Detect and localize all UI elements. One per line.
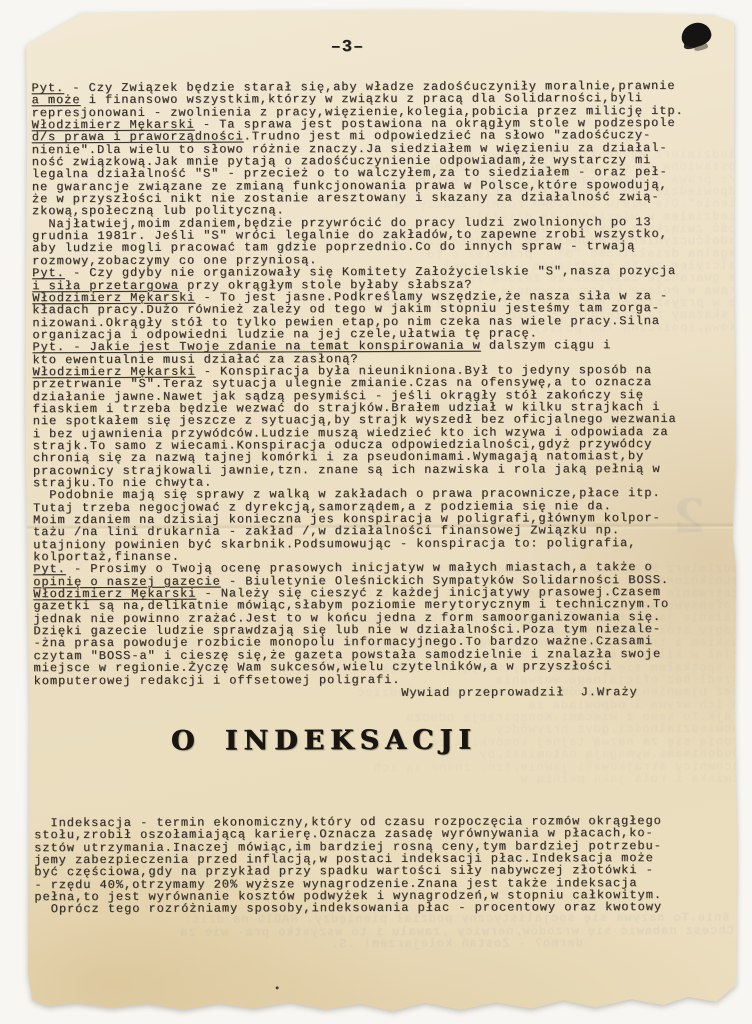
section-heading: O INDEKSACJI: [0, 725, 662, 757]
bleedthrough-text: śnie.To nazywa się socjalistyczny podzia…: [176, 912, 736, 952]
answer-paragraph: Indeksacja - termin ekonomiczny,który od…: [34, 815, 710, 904]
answer-paragraph: Włodzimierz Mękarski - Ta sprawa jest po…: [32, 117, 708, 218]
answer-paragraph: Włodzimierz Mękarski - Konspiracja była …: [32, 364, 708, 490]
byline: Wywiad przeprowadził J.Wraży: [34, 686, 710, 701]
dust-speck: [544, 99, 546, 101]
answer-paragraph: Oprócz tego rozróżniamy sposoby,indeksow…: [34, 901, 710, 916]
document-scan: Włodzimierz Mękarski - Ta sprawa jest po…: [0, 0, 752, 1024]
question-paragraph: Pyt. - Jakie jest Twoje zdanie na temat …: [32, 339, 708, 366]
question-paragraph: Pyt. - Czy gdyby nie organizowały się Ko…: [32, 265, 708, 292]
question-paragraph: Pyt. - Prosimy o Twoją ocenę prasowych i…: [33, 561, 709, 588]
dust-speck: [276, 986, 279, 989]
document-page: Włodzimierz Mękarski - Ta sprawa jest po…: [23, 7, 738, 1014]
scanner-bed: { "page": { "number_label": "–3–" }, "bl…: [0, 0, 752, 1024]
page-content: –3– Pyt. - Czy Związek będzie starał się…: [31, 37, 710, 916]
answer-paragraph: Włodzimierz Mękarski - To jest jasne.Pod…: [32, 290, 708, 342]
answer-paragraph: Włodzimierz Mękarski - Należy się cieszy…: [33, 586, 709, 687]
answer-paragraph: Najłatwiej,moim zdaniem,będzie przywróci…: [32, 216, 708, 268]
question-paragraph: Pyt. - Czy Związek będzie starał się,aby…: [32, 80, 708, 119]
transcript: Pyt. - Czy Związek będzie starał się,aby…: [32, 80, 711, 916]
page-number: –3–: [9, 37, 685, 58]
answer-paragraph: Podobnie mają się sprawy z walką w zakła…: [33, 487, 709, 563]
